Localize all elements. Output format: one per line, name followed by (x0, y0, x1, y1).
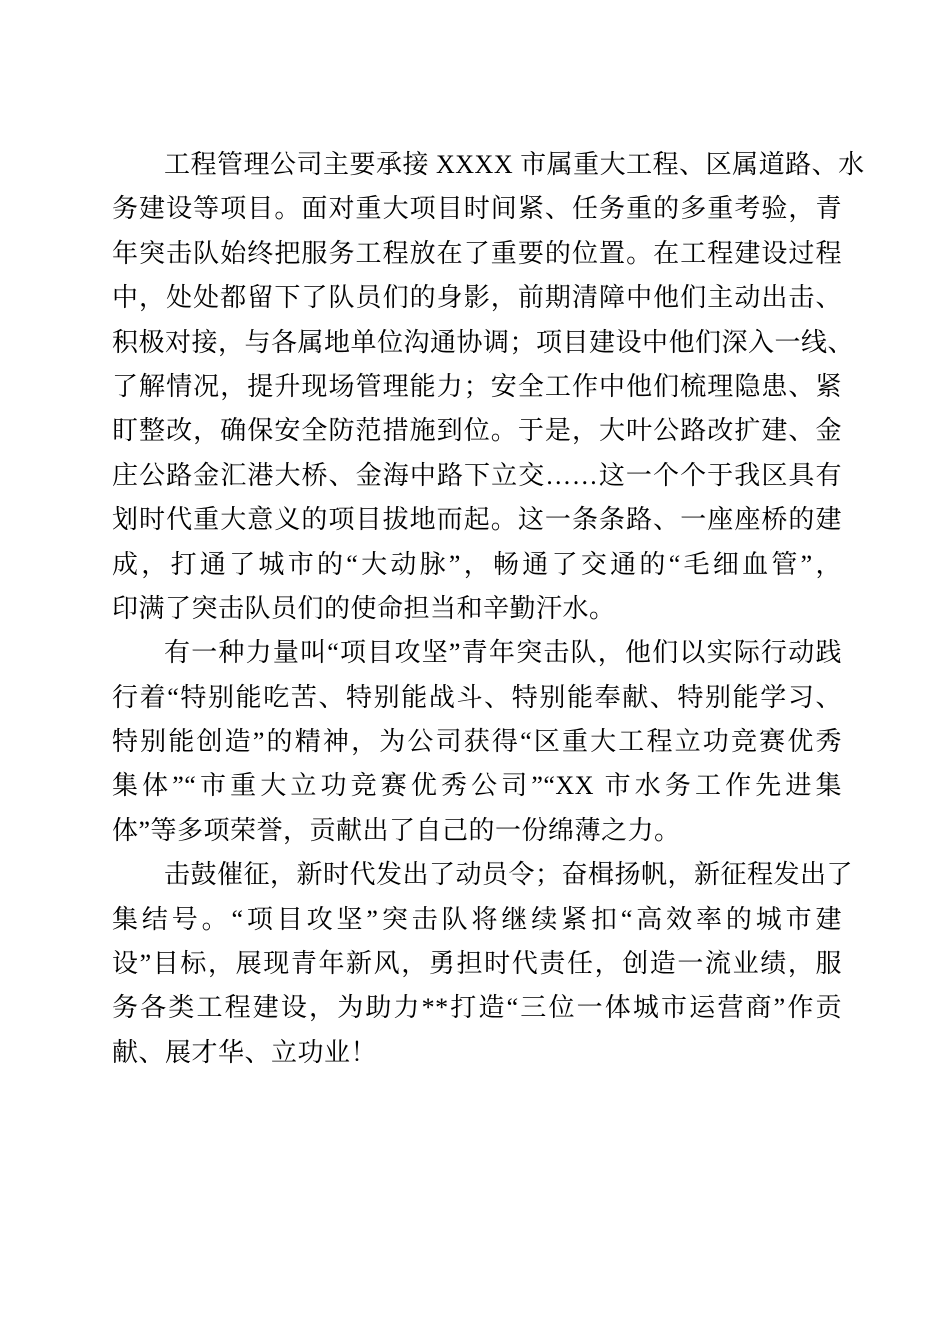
text-line: 设”目标，展现青年新风，勇担时代责任，创造一流业绩，服 (112, 942, 842, 986)
text-line: 特别能创造”的精神，为公司获得“区重大工程立功竞赛优秀 (112, 720, 842, 764)
text-line: 积极对接，与各属地单位沟通协调；项目建设中他们深入一线、 (112, 321, 842, 365)
text-line: 工程管理公司主要承接 XXXX 市属重大工程、区属道路、水 (112, 143, 842, 187)
text-line: 庄公路金汇港大桥、金海中路下立交……这一个个于我区具有 (112, 454, 842, 498)
document-page: 工程管理公司主要承接 XXXX 市属重大工程、区属道路、水务建设等项目。面对重大… (0, 0, 950, 1344)
text-line: 务各类工程建设，为助力**打造“三位一体城市运营商”作贡 (112, 986, 842, 1030)
text-line: 盯整改，确保安全防范措施到位。于是，大叶公路改扩建、金 (112, 409, 842, 453)
paragraph: 工程管理公司主要承接 XXXX 市属重大工程、区属道路、水务建设等项目。面对重大… (112, 143, 842, 631)
text-line: 体”等多项荣誉，贡献出了自己的一份绵薄之力。 (112, 809, 842, 853)
text-line: 务建设等项目。面对重大项目时间紧、任务重的多重考验，青 (112, 187, 842, 231)
text-line: 年突击队始终把服务工程放在了重要的位置。在工程建设过程 (112, 232, 842, 276)
document-body: 工程管理公司主要承接 XXXX 市属重大工程、区属道路、水务建设等项目。面对重大… (112, 143, 842, 1075)
text-line: 中，处处都留下了队员们的身影，前期清障中他们主动出击、 (112, 276, 842, 320)
text-line: 了解情况，提升现场管理能力；安全工作中他们梳理隐患、紧 (112, 365, 842, 409)
text-line: 印满了突击队员们的使命担当和辛勤汗水。 (112, 587, 842, 631)
text-line: 行着“特别能吃苦、特别能战斗、特别能奉献、特别能学习、 (112, 676, 842, 720)
text-line: 集体”“市重大立功竞赛优秀公司”“XX 市水务工作先进集 (112, 764, 842, 808)
paragraph: 有一种力量叫“项目攻坚”青年突击队，他们以实际行动践行着“特别能吃苦、特别能战斗… (112, 631, 842, 853)
text-line: 成，打通了城市的“大动脉”，畅通了交通的“毛细血管”， (112, 543, 842, 587)
text-line: 有一种力量叫“项目攻坚”青年突击队，他们以实际行动践 (112, 631, 842, 675)
text-line: 集结号。“项目攻坚”突击队将继续紧扣“高效率的城市建 (112, 898, 842, 942)
paragraph: 击鼓催征，新时代发出了动员令；奋楫扬帆，新征程发出了集结号。“项目攻坚”突击队将… (112, 853, 842, 1075)
text-line: 献、展才华、立功业！ (112, 1031, 842, 1075)
text-line: 划时代重大意义的项目拔地而起。这一条条路、一座座桥的建 (112, 498, 842, 542)
text-line: 击鼓催征，新时代发出了动员令；奋楫扬帆，新征程发出了 (112, 853, 842, 897)
